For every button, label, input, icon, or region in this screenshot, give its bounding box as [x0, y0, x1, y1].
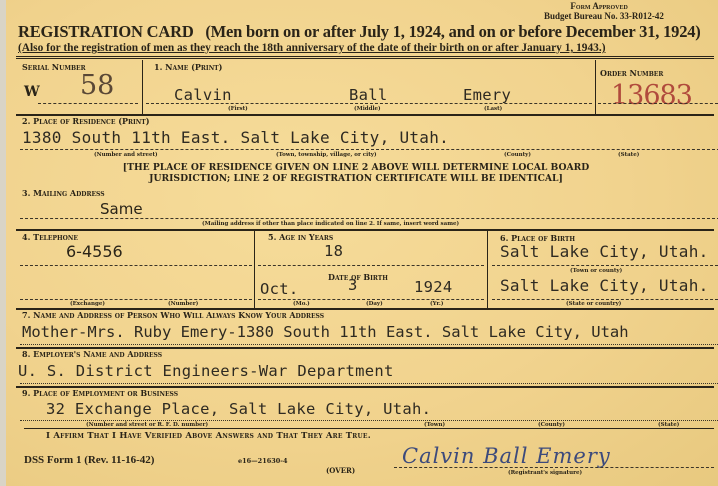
- mailing-line: [20, 218, 718, 219]
- employer-label: 8. Employer's Name and Address: [22, 349, 162, 359]
- year-caption: (Yr.): [430, 301, 443, 307]
- day-caption: (Day): [366, 301, 383, 307]
- registration-card: Form Approved Budget Bureau No. 33-R012-…: [0, 0, 718, 486]
- form-approved-stamp: Form Approved Budget Bureau No. 33-R012-…: [544, 1, 664, 21]
- first-name-value: Calvin: [174, 86, 232, 104]
- birthplace-town-value: Salt Lake City, Utah.: [500, 242, 709, 261]
- signature-line: [394, 467, 714, 468]
- serial-prefix: W: [24, 84, 40, 100]
- serial-number-label: Serial Number: [22, 62, 86, 72]
- title-qualifier: (Men born on or after July 1, 1924, and …: [205, 22, 700, 41]
- order-number-value: 13683: [611, 80, 692, 111]
- middle-caption: (Middle): [354, 106, 381, 112]
- birthplace-line: [492, 265, 718, 266]
- street-caption: (Number and street): [94, 152, 158, 158]
- county-caption: (County): [504, 152, 531, 158]
- card-subtitle: (Also for the registration of men as the…: [18, 42, 606, 54]
- birthplace-state-value: Salt Lake City, Utah.: [500, 276, 709, 295]
- employment-line: [20, 420, 718, 421]
- town-county-caption: (Town or county): [570, 268, 622, 274]
- birthplace-line-2: [492, 299, 718, 300]
- month-caption: (Mo.): [293, 301, 310, 307]
- state-country-caption: (State or country): [566, 301, 621, 307]
- signature-caption: (Registrant's signature): [508, 470, 582, 476]
- middle-name-value: Ball: [349, 86, 388, 104]
- card-title: REGISTRATION CARD (Men born on or after …: [18, 22, 701, 42]
- employment-place-value: 32 Exchange Place, Salt Lake City, Utah.: [46, 400, 431, 418]
- employer-line: [20, 383, 718, 384]
- age-line: [258, 265, 484, 266]
- birth-day-value: 3: [348, 276, 358, 294]
- form-approved-text: Form Approved: [544, 1, 628, 11]
- divider: [487, 230, 488, 308]
- telephone-label: 4. Telephone: [22, 232, 78, 242]
- birth-year-value: 1924: [414, 278, 453, 296]
- exchange-caption: (Exchange): [70, 301, 105, 307]
- telephone-value: 6-4556: [66, 242, 123, 261]
- first-caption: (First): [228, 106, 248, 112]
- contact-line: [20, 344, 718, 345]
- town-caption: (Town, township, village, or city): [276, 152, 377, 158]
- name-line: [146, 103, 592, 104]
- age-label: 5. Age in Years: [268, 232, 333, 242]
- telephone-line: [20, 265, 252, 266]
- notice-line-1: [THE PLACE OF RESIDENCE GIVEN ON LINE 2 …: [76, 162, 636, 173]
- age-value: 18: [324, 242, 343, 260]
- registrant-signature: Calvin Ball Emery: [402, 444, 611, 468]
- divider: [595, 60, 596, 114]
- employment-place-label: 9. Place of Employment or Business: [22, 388, 178, 398]
- number-caption: (Number): [168, 301, 198, 307]
- dob-line: [258, 299, 484, 300]
- form-id: DSS Form 1 (Rev. 11-16-42): [24, 454, 154, 466]
- mailing-caption: (Mailing address if other than place ind…: [202, 221, 459, 227]
- print-code: e16—21630-4: [238, 457, 288, 465]
- divider: [24, 428, 714, 429]
- last-caption: (Last): [484, 106, 502, 112]
- date-of-birth-label: Date of Birth: [328, 272, 388, 282]
- divider: [16, 56, 714, 59]
- jurisdiction-notice: [THE PLACE OF RESIDENCE GIVEN ON LINE 2 …: [76, 162, 636, 184]
- notice-line-2: JURISDICTION; LINE 2 OF REGISTRATION CER…: [76, 173, 636, 184]
- budget-bureau-number: Budget Bureau No. 33-R012-42: [544, 11, 664, 21]
- over-marker: (OVER): [326, 466, 355, 475]
- mailing-address-value: Same: [100, 200, 143, 218]
- title-main: REGISTRATION CARD: [18, 22, 194, 41]
- order-line: [598, 103, 718, 104]
- divider: [254, 230, 255, 308]
- residence-value: 1380 South 11th East. Salt Lake City, Ut…: [22, 128, 449, 147]
- residence-line: [20, 149, 718, 150]
- telephone-line-2: [20, 299, 252, 300]
- name-label: 1. Name (Print): [154, 62, 222, 72]
- serial-number-value: 58: [80, 70, 114, 101]
- mailing-address-label: 3. Mailing Address: [22, 188, 105, 198]
- residence-label: 2. Place of Residence (Print): [22, 116, 150, 126]
- affirmation-statement: I Affirm That I Have Verified Above Answ…: [46, 431, 371, 441]
- last-name-value: Emery: [463, 86, 511, 104]
- divider: [16, 229, 714, 231]
- contact-value: Mother-Mrs. Ruby Emery-1380 South 11th E…: [22, 323, 629, 341]
- contact-label: 7. Name and Address of Person Who Will A…: [22, 310, 324, 320]
- divider: [142, 60, 143, 114]
- order-number-label: Order Number: [600, 68, 663, 78]
- birth-month-value: Oct.: [260, 280, 299, 298]
- state-caption: (State): [618, 152, 639, 158]
- serial-line: [38, 103, 138, 104]
- employer-value: U. S. District Engineers-War Department: [18, 362, 394, 380]
